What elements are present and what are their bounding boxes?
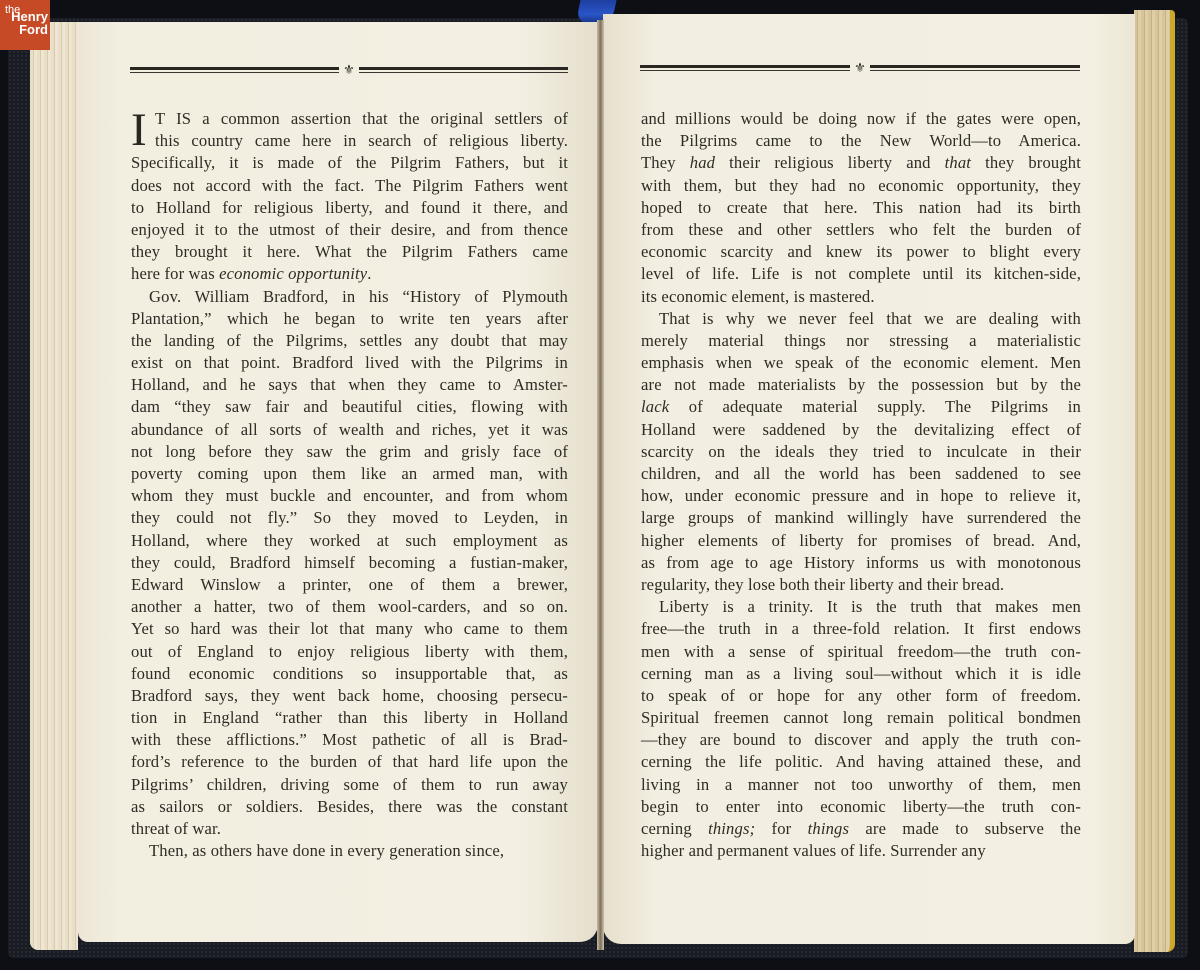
text-line: and millions would be doing now if the g…	[641, 108, 1081, 130]
text-line: ford’s reference to the burden of that h…	[131, 751, 568, 773]
text-line: dam “they saw fair and beautiful cities,…	[131, 396, 568, 418]
text-line: threat of war.	[131, 818, 568, 840]
text-line: free—the truth in a three-fold relation.…	[641, 618, 1081, 640]
left-header-ornament: ⚜	[130, 63, 568, 77]
text-line: They had their religious liberty and tha…	[641, 152, 1081, 174]
text-line: begin to enter into economic liberty—the…	[641, 796, 1081, 818]
text-line: they could not fly.” So they moved to Le…	[131, 507, 568, 529]
ornament-rule	[870, 65, 1080, 72]
text-line: Bradford says, they went back home, choo…	[131, 685, 568, 707]
text-line: another a hatter, two of them wool-carde…	[131, 596, 568, 618]
text-line: cerning man as a living soul—without whi…	[641, 663, 1081, 685]
book-gutter	[597, 20, 604, 950]
text-line: found economic conditions so insupportab…	[131, 663, 568, 685]
ornament-rule	[130, 67, 339, 74]
text-line: Gov. William Bradford, in his “History o…	[131, 286, 568, 308]
left-page-text: IT IS a common assertion that the origin…	[131, 108, 568, 862]
fleur-de-lis-icon: ⚜	[850, 61, 870, 75]
text-line: tion in England “rather than this libert…	[131, 707, 568, 729]
text-line: emphasis when we speak of the economic e…	[641, 352, 1081, 374]
text-line: T IS a common assertion that the origina…	[131, 108, 568, 130]
right-page-text: and millions would be doing now if the g…	[641, 108, 1081, 862]
text-line: scarcity on the ideals they tried to inc…	[641, 441, 1081, 463]
henry-ford-logo: the Henry Ford	[0, 0, 50, 50]
text-line: not long before they saw the grim and gr…	[131, 441, 568, 463]
text-line: the landing of the Pilgrims, settles any…	[131, 330, 568, 352]
text-line: to Holland for religious liberty, and fo…	[131, 197, 568, 219]
text-line: That is why we never feel that we are de…	[641, 308, 1081, 330]
text-line: economic scarcity and knew its power to …	[641, 241, 1081, 263]
text-line: with them, but they had no economic oppo…	[641, 175, 1081, 197]
text-line: hoped to create that here. This nation h…	[641, 197, 1081, 219]
drop-cap: I	[131, 111, 147, 149]
text-line: Holland were saddened by the devitalizin…	[641, 419, 1081, 441]
text-line: Edward Winslow a printer, one of them a …	[131, 574, 568, 596]
text-line: its economic element, is mastered.	[641, 286, 1081, 308]
text-line: as from age to age History informs us wi…	[641, 552, 1081, 574]
text-line: does not accord with the fact. The Pilgr…	[131, 175, 568, 197]
text-line: lack of adequate material supply. The Pi…	[641, 396, 1081, 418]
text-line: are not made materialists by the possess…	[641, 374, 1081, 396]
ornament-rule	[359, 67, 568, 74]
text-line: higher and permanent values of life. Sur…	[641, 840, 1081, 862]
text-line: the Pilgrims came to the New World—to Am…	[641, 130, 1081, 152]
text-line: higher elements of liberty for promises …	[641, 530, 1081, 552]
text-line: children, and all the world has been sad…	[641, 463, 1081, 485]
text-line: whom they must buckle and encounter, and…	[131, 485, 568, 507]
text-line: Holland, where they worked at such emplo…	[131, 530, 568, 552]
text-line: they could, Bradford himself becoming a …	[131, 552, 568, 574]
text-line: enjoyed it to the utmost of their desire…	[131, 219, 568, 241]
ornament-rule	[640, 65, 850, 72]
text-line: merely material things nor stressing a m…	[641, 330, 1081, 352]
text-line: cerning things; for things are made to s…	[641, 818, 1081, 840]
logo-ford: Ford	[5, 23, 48, 36]
text-line: living in a manner not too unworthy of t…	[641, 774, 1081, 796]
text-line: with these afflictions.” Most pathetic o…	[131, 729, 568, 751]
text-line: Liberty is a trinity. It is the truth th…	[641, 596, 1081, 618]
text-line: abundance of all sorts of wealth and ric…	[131, 419, 568, 441]
fleur-de-lis-icon: ⚜	[339, 63, 359, 77]
text-line: Yet so hard was their lot that many who …	[131, 618, 568, 640]
text-line: regularity, they lose both their liberty…	[641, 574, 1081, 596]
text-line: here for was economic opportunity.	[131, 263, 568, 285]
text-line: Pilgrims’ children, driving some of them…	[131, 774, 568, 796]
text-line: exist on that point. Bradford lived with…	[131, 352, 568, 374]
left-page-edges	[30, 22, 78, 950]
text-line: level of life. Life is not complete unti…	[641, 263, 1081, 285]
right-page-edges	[1134, 10, 1175, 952]
text-line: out of England to enjoy religious libert…	[131, 641, 568, 663]
text-line: men with a sense of spiritual freedom—th…	[641, 641, 1081, 663]
text-line: this country came here in search of reli…	[131, 130, 568, 152]
text-line: Specifically, it is made of the Pilgrim …	[131, 152, 568, 174]
text-line: cerning the life politic. And having att…	[641, 751, 1081, 773]
text-line: they brought it here. What the Pilgrim F…	[131, 241, 568, 263]
text-line: poverty coming upon them like an armed m…	[131, 463, 568, 485]
text-line: as sailors or soldiers. Besides, there w…	[131, 796, 568, 818]
right-header-ornament: ⚜	[640, 61, 1080, 75]
text-line: to speak of or hope for any other form o…	[641, 685, 1081, 707]
text-line: Plantation,” which he began to write ten…	[131, 308, 568, 330]
text-line: large groups of mankind willingly have s…	[641, 507, 1081, 529]
text-line: from these and other settlers who felt t…	[641, 219, 1081, 241]
text-line: —they are bound to discover and apply th…	[641, 729, 1081, 751]
text-line: Holland, and he says that when they came…	[131, 374, 568, 396]
text-line: Then, as others have done in every gener…	[131, 840, 568, 862]
text-line: Spiritual freemen cannot long remain pol…	[641, 707, 1081, 729]
text-line: how, under economic pressure and in hope…	[641, 485, 1081, 507]
